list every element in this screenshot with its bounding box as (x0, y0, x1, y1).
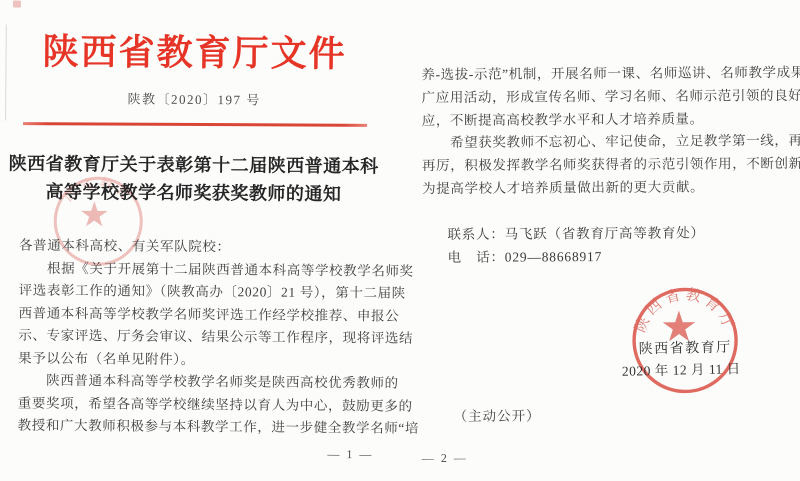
document-title: 陕西省教育厅关于表彰第十二届陕西普通本科 高等学校教学名师奖获奖教师的通知 (0, 149, 389, 208)
body-line: 广应用活动，形成宣传名师、学习名师、名师示范引领的良好效 (422, 85, 790, 110)
page-1-number: — 1 — (327, 447, 373, 462)
document-header: 陕西省教育厅文件 (0, 23, 390, 77)
issue-date: 2020 年 12 月 11 日 (581, 356, 781, 380)
contact-person: 联系人：马飞跃（省教育厅高等教育处） (447, 222, 705, 246)
body-line: 为提高学校人才培养质量做出新的更大贡献。 (422, 176, 790, 201)
body-line: 示、专家评选、厅务会审议、结果公示等工作程序，现将评选结 (18, 325, 372, 350)
title-line-2: 高等学校教学名师奖获奖教师的通知 (0, 177, 389, 208)
body-line: 陕西普通本科高等学校教学名师奖是陕西高校优秀教师的 (18, 370, 372, 395)
contact-info: 联系人：马飞跃（省教育厅高等教育处） 电 话：029—88668917 (447, 222, 705, 269)
salutation-line: 各普通本科高校、有关军队院校： (19, 235, 373, 260)
body-line: 根据《关于开展第十二届陕西普通本科高等学校教学名师奖 (19, 257, 373, 282)
page-2-number: — 2 — (422, 451, 468, 466)
disclosure-note: （主动公开） (453, 404, 540, 425)
document-number: 陕教〔2020〕197 号 (0, 87, 389, 109)
title-line-1: 陕西省教育厅关于表彰第十二届陕西普通本科 (0, 149, 389, 180)
body-line: 养-选拔-示范”机制，开展名师一课、名师巡讲、名师教学成果推 (421, 62, 789, 87)
body-line: 果予以公布（名单见附件）。 (18, 347, 372, 372)
body-line: 教授和广大教师积极参与本科教学工作，进一步健全教学名师“培 (18, 415, 372, 440)
red-corner-mark (13, 1, 21, 8)
page-1: 陕西省教育厅 陕西省教育厅文件 陕教〔2020〕197 号 陕西省教育厅关于表彰… (0, 0, 400, 481)
scanned-document: 陕西省教育厅 陕西省教育厅文件 陕教〔2020〕197 号 陕西省教育厅关于表彰… (0, 0, 800, 481)
body-line: 评选表彰工作的通知》（陕教高办〔2020〕21 号），第十二届陕 (19, 280, 373, 305)
page-2-body: 养-选拔-示范”机制，开展名师一课、名师巡讲、名师教学成果推 广应用活动，形成宣… (421, 62, 790, 201)
page-1-body: 各普通本科高校、有关军队院校： 根据《关于开展第十二届陕西普通本科高等学校教学名… (18, 235, 374, 440)
page-2: 养-选拔-示范”机制，开展名师一课、名师巡讲、名师教学成果推 广应用活动，形成宣… (400, 0, 800, 481)
body-line: 西普通本科高等学校教学名师奖评选工作经学校推荐、申报公 (18, 302, 372, 327)
body-line: 再厉，积极发挥教学名师奖获得者的示范引领作用，不断创新， (422, 153, 790, 178)
red-divider (23, 122, 367, 127)
contact-phone: 电 话：029—88668917 (448, 245, 706, 269)
body-line: 希望获奖教师不忘初心、牢记使命，立足教学第一线，再接 (422, 130, 790, 155)
body-line: 应，不断提高高校教学水平和人才培养质量。 (422, 107, 790, 132)
body-line: 重要奖项，希望各高等学校继续坚持以育人为中心，鼓励更多的 (18, 392, 372, 417)
